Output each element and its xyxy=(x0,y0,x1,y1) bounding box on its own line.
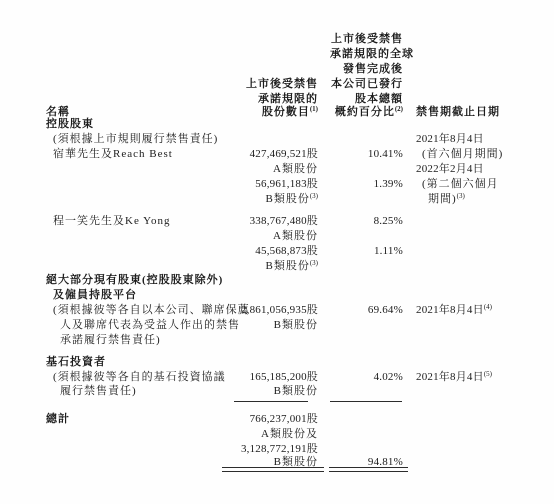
date-period-label: 期間)(3) xyxy=(428,193,465,206)
col-header-percent-line: 發售完成後 xyxy=(330,63,403,76)
section-subtitle: 人及聯席代表為受益人作出的禁售 xyxy=(60,319,240,332)
col-header-percent-line: 上市後受禁售 xyxy=(330,33,403,46)
percent-value: 69.64% xyxy=(330,304,403,317)
col-header-shares-line: 上市後受禁售 xyxy=(228,78,318,91)
share-class-label: A類股份 xyxy=(228,230,318,243)
shareholder-name: 程一笑先生及Ke Yong xyxy=(53,215,171,228)
shares-value: 2,861,056,935股 xyxy=(228,304,318,317)
footnote-marker: (2) xyxy=(395,105,403,113)
shareholder-name: 宿華先生及Reach Best xyxy=(53,148,173,161)
percent-value: 8.25% xyxy=(330,215,403,228)
footnote-marker: (5) xyxy=(484,370,492,378)
date-value: 2021年8月4日(4) xyxy=(416,304,492,317)
percent-value: 10.41% xyxy=(330,148,403,161)
shares-value: 56,961,183股 xyxy=(228,178,318,191)
col-header-percent-line: 承諾規限的全球 xyxy=(330,48,403,61)
footnote-marker: (3) xyxy=(457,192,465,200)
section-subtitle: 承諾履行禁售責任) xyxy=(60,334,161,347)
footnote-marker: (1) xyxy=(310,105,318,113)
total-rule-shares xyxy=(222,467,324,472)
col-header-percent-line: 概約百分比(2) xyxy=(330,106,403,119)
section-title: 絕大部分現有股東(控股股東除外) xyxy=(46,274,223,287)
share-class-text: B類股份 xyxy=(265,193,309,205)
date-text: 2021年8月4日 xyxy=(416,304,484,316)
section-subtitle: 履行禁售責任) xyxy=(60,385,137,398)
share-class-label: B類股份 xyxy=(228,319,318,332)
date-period-label: (第二個六個月 xyxy=(422,178,499,191)
percent-value: 1.11% xyxy=(330,245,403,258)
section-title-line2: 及僱員持股平台 xyxy=(53,289,137,302)
section-subtitle: (須根據彼等各自以本公司、聯席保薦 xyxy=(53,304,250,317)
col-header-percent-line: 股本總額 xyxy=(330,93,403,106)
shares-value: 45,568,873股 xyxy=(228,245,318,258)
share-class-text: B類股份 xyxy=(265,260,309,272)
section-subtitle: (須根據上市規則履行禁售責任) xyxy=(53,133,218,146)
date-text: 2021年8月4日 xyxy=(416,371,484,383)
section-subtitle: (須根據彼等各自的基石投資協議 xyxy=(53,371,226,384)
subtotal-rule-percent xyxy=(330,401,402,402)
date-value: 2021年8月4日 xyxy=(416,133,484,146)
shares-value: 338,767,480股 xyxy=(228,215,318,228)
share-class-label: B類股份(3) xyxy=(228,193,318,206)
shares-value: 427,469,521股 xyxy=(228,148,318,161)
col-header-shares-line: 股份數目(1) xyxy=(228,106,318,119)
footnote-marker: (4) xyxy=(484,303,492,311)
subtotal-rule-shares xyxy=(234,401,308,402)
col-header-percent-text: 概約百分比 xyxy=(335,106,395,118)
date-period-text: 期間) xyxy=(428,193,457,205)
col-header-shares-line: 承諾規限的 xyxy=(228,93,318,106)
footnote-marker: (3) xyxy=(310,259,318,267)
section-title: 控股股東 xyxy=(46,118,94,131)
date-period-label: (首六個月期間) xyxy=(422,148,503,161)
date-value: 2022年2月4日 xyxy=(416,163,484,176)
shares-value: 766,237,001股 xyxy=(228,413,318,426)
total-label: 總計 xyxy=(46,413,70,426)
shares-value: 165,185,200股 xyxy=(228,371,318,384)
total-rule-percent xyxy=(329,467,408,472)
col-header-shares-text: 股份數目 xyxy=(262,106,310,118)
col-header-date: 禁售期截止日期 xyxy=(416,106,500,119)
share-class-label: A類股份 xyxy=(228,163,318,176)
percent-value: 1.39% xyxy=(330,178,403,191)
section-title: 基石投資者 xyxy=(46,356,106,369)
percent-value: 4.02% xyxy=(330,371,403,384)
share-class-label: A類股份及 xyxy=(228,428,318,441)
date-value: 2021年8月4日(5) xyxy=(416,371,492,384)
col-header-percent-line: 本公司已發行 xyxy=(330,78,403,91)
share-class-label: B類股份 xyxy=(228,385,318,398)
footnote-marker: (3) xyxy=(310,192,318,200)
lockup-announcement-page: 上市後受禁售 承諾規限的全球 發售完成後 上市後受禁售 本公司已發行 承諾規限的… xyxy=(0,0,554,504)
share-class-label: B類股份(3) xyxy=(228,260,318,273)
shares-value: 3,128,772,191股 xyxy=(228,443,318,456)
